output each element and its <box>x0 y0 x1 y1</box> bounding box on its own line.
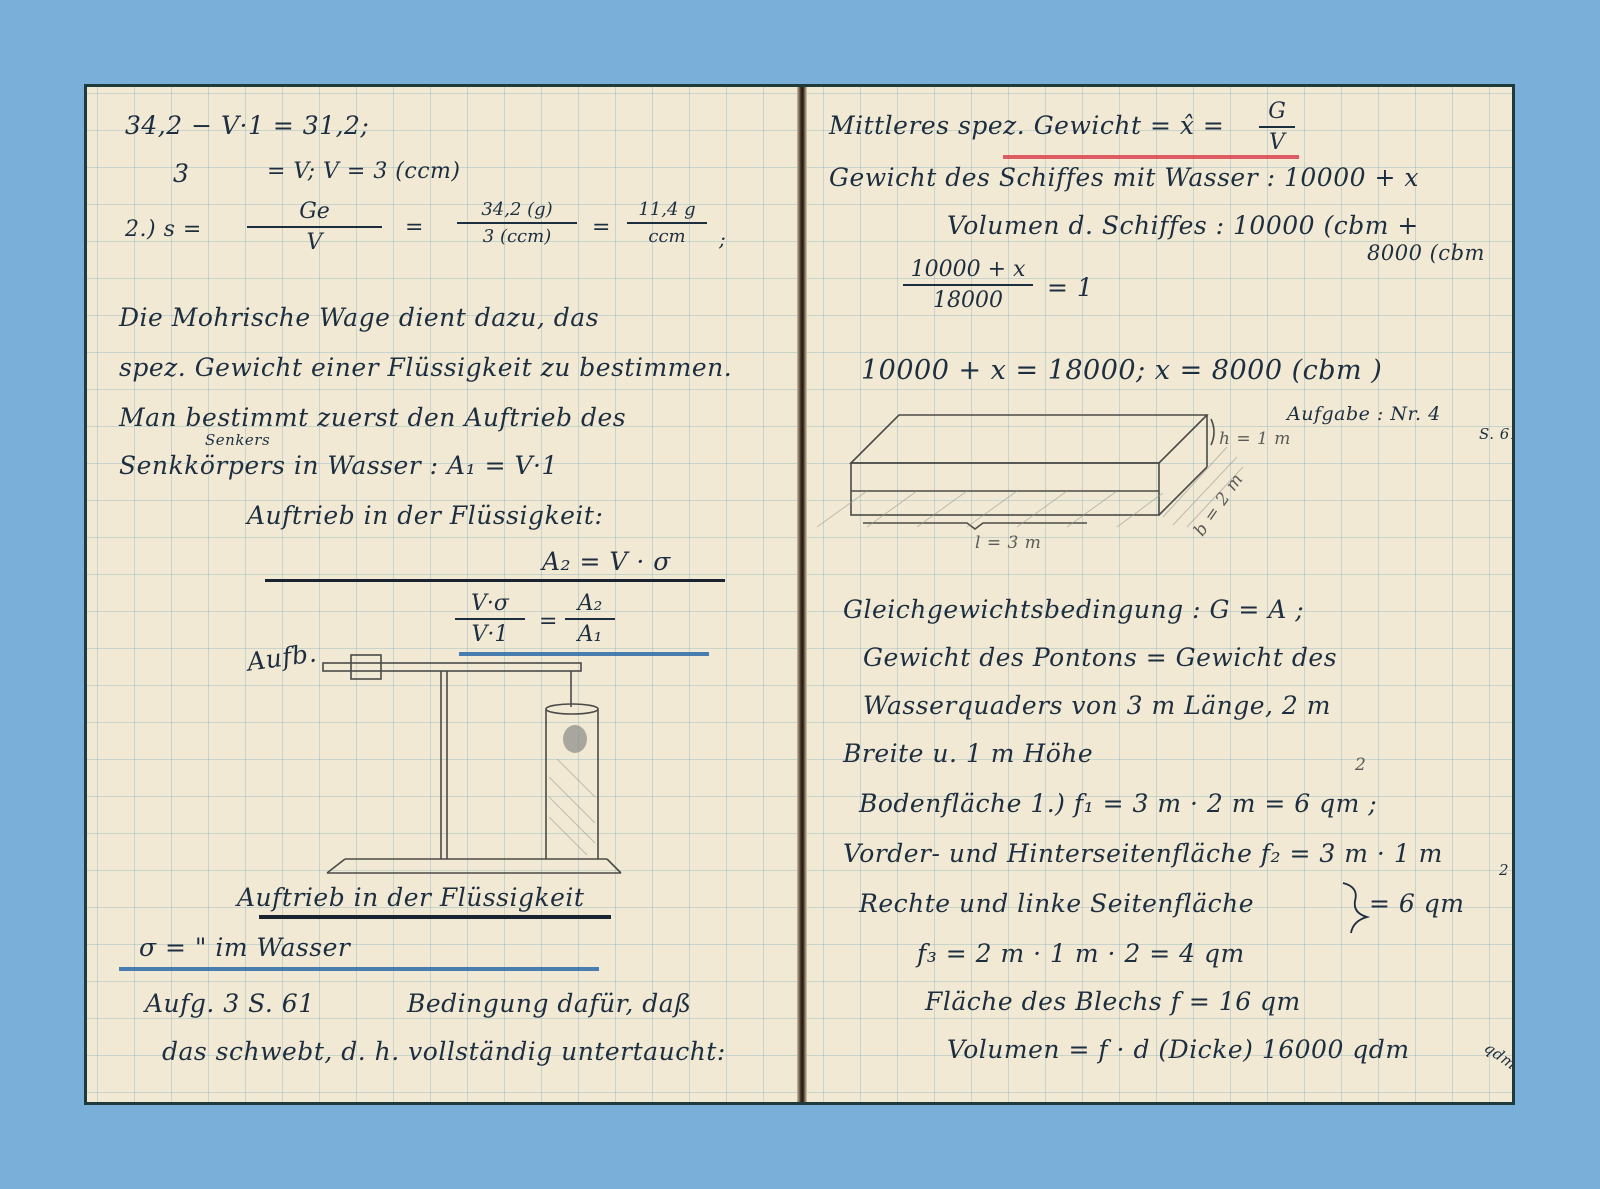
text-line: Bedingung dafür, daß <box>407 989 691 1018</box>
notebook-frame: 34,2 − V·1 = 31,2; 3 = V; V = 3 (ccm) 2.… <box>84 84 1515 1105</box>
right-page: Mittleres spez. Gewicht = x̂ = G V Gewic… <box>807 87 1515 1102</box>
underline <box>259 915 611 919</box>
diagram-caption: Auftrieb in der Flüssigkeit <box>237 883 584 912</box>
task-ref: Aufg. 3 S. 61 <box>145 989 315 1018</box>
total-area: Fläche des Blechs f = 16 qm <box>925 987 1301 1016</box>
book-spine <box>797 87 807 1102</box>
text-line: das schwebt, d. h. vollständig untertauc… <box>162 1037 726 1066</box>
sigma-line: σ = " im Wasser <box>139 933 350 962</box>
area-line: f₃ = 2 m · 1 m · 2 = 4 qm <box>917 939 1245 968</box>
volume-line: Volumen = f · d (Dicke) 16000 qdm <box>947 1035 1410 1064</box>
blue-underline <box>119 967 599 971</box>
left-page: 34,2 − V·1 = 31,2; 3 = V; V = 3 (ccm) 2.… <box>87 87 797 1102</box>
area-result: = 6 qm <box>1369 889 1464 918</box>
